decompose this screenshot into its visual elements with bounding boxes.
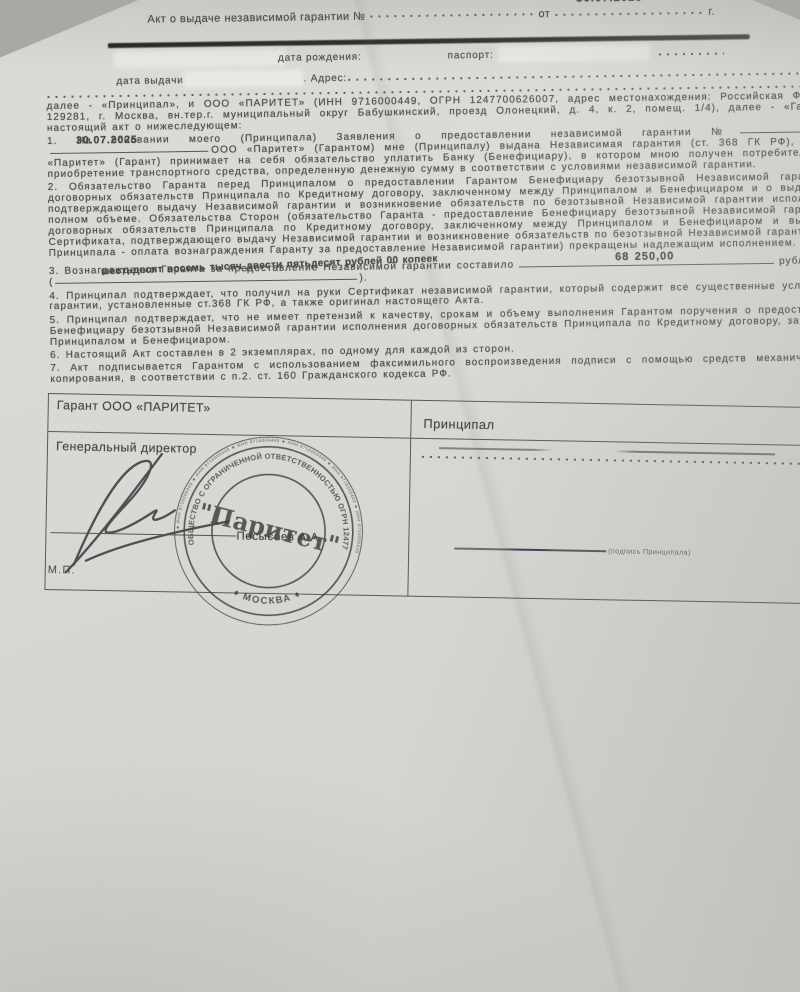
document-paper: Акт о выдаче независимой гарантии №от30.… — [0, 0, 800, 992]
amount-words-line — [55, 279, 357, 284]
address-dotted-field — [347, 71, 800, 82]
principal-sign-row: (подпись Принципала) — [454, 539, 691, 561]
stamp-place-label: М.П. — [48, 564, 76, 577]
clause-1-date-field: 30.07.2025 — [50, 146, 208, 159]
garant-signature-cell: Генеральный директор Посысоев А.А М.П. — [45, 432, 410, 596]
address-label: . Адрес: — [303, 73, 347, 85]
principal-signature-line — [454, 547, 606, 551]
date-value: 30.07.2025 — [576, 0, 643, 5]
redaction-box-issue-date — [185, 71, 301, 86]
paren-open: ( — [49, 277, 54, 288]
birth-date-label: дата рождения: — [278, 52, 362, 64]
amount-field: 68 250,00 — [519, 252, 774, 268]
scan-streak-marks — [439, 447, 775, 455]
document-title-row: Акт о выдаче независимой гарантии №от30.… — [147, 5, 787, 27]
field-gap — [362, 61, 448, 62]
principal-header: Принципал — [411, 401, 800, 439]
currency-label: рублей — [779, 255, 800, 267]
guarantee-number-line — [740, 130, 800, 133]
document-content: Акт о выдаче независимой гарантии №от30.… — [0, 0, 799, 2]
dotted-filler — [658, 52, 724, 57]
issue-address-row: дата выдачи . Адрес: — [116, 64, 800, 87]
principal-name-dotted-line — [421, 455, 800, 467]
passport-label: паспорт: — [447, 50, 493, 62]
principal-sign-caption: (подпись Принципала) — [608, 547, 691, 558]
clause-2: 2. Обязательство Гаранта перед Принципал… — [48, 171, 800, 259]
photo-stage: Акт о выдаче независимой гарантии №от30.… — [0, 0, 800, 992]
redaction-box-name — [116, 51, 284, 66]
clause-1-date-value: 30.07.2025 — [76, 135, 138, 147]
issue-date-label: дата выдачи — [116, 75, 183, 87]
year-suffix: г. — [708, 6, 715, 18]
date-field: 30.07.2025 — [554, 6, 704, 20]
garant-header: Гарант ООО «ПАРИТЕТ» — [49, 394, 411, 419]
redaction-box-passport — [500, 46, 648, 61]
from-label: от — [538, 8, 550, 20]
paren-close: ). — [359, 273, 367, 284]
signature-table: Гарант ООО «ПАРИТЕТ» Принципал Генеральн… — [44, 393, 800, 605]
principal-signature-cell: (подпись Принципала) — [407, 439, 800, 604]
stamp-city-label: ♦ МОСКВА ♦ — [231, 587, 303, 608]
company-stamp-seal: ★ ИНН 9716000449 ★ ИНН 9716000449 ★ ИНН … — [166, 428, 372, 634]
number-dotted-field — [369, 12, 534, 18]
page-title: Акт о выдаче независимой гарантии № — [147, 11, 365, 26]
date-dotted-line — [554, 11, 704, 17]
stamp-center-name: "Паритет" — [196, 497, 343, 560]
signature-table-body: Генеральный директор Посысоев А.А М.П. — [45, 432, 800, 604]
amount-value: 68 250,00 — [615, 251, 674, 263]
document-body-text: далее - «Принципал», и ООО «ПАРИТЕТ» (ИН… — [47, 90, 800, 389]
